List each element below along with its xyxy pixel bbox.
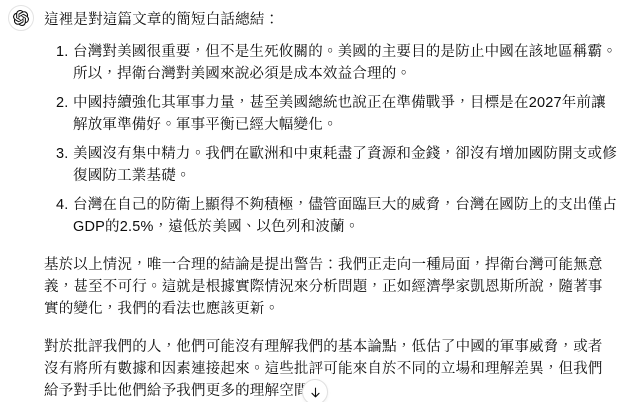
list-item: 4. 台灣在自己的防衛上顯得不夠積極，儘管面臨巨大的威脅，台灣在國防上的支出僅占… <box>56 194 617 238</box>
message-intro: 這裡是對這篇文章的簡短白話總結： <box>44 9 617 31</box>
assistant-avatar <box>8 5 34 31</box>
list-item: 3. 美國沒有集中精力。我們在歐洲和中東耗盡了資源和金錢，卻沒有增加國防開支或修… <box>56 143 617 187</box>
message-paragraph: 基於以上情況，唯一合理的結論是提出警告：我們正走向一種局面，捍衛台灣可能無意義，… <box>44 254 617 320</box>
assistant-message: 這裡是對這篇文章的簡短白話總結： 1. 台灣對美國很重要，但不是生死攸關的。美國… <box>44 9 617 402</box>
assistant-message-row: 這裡是對這篇文章的簡短白話總結： 1. 台灣對美國很重要，但不是生死攸關的。美國… <box>0 0 640 402</box>
message-paragraph: 對於批評我們的人，他們可能沒有理解我們的基本論點，低估了中國的軍事威脅，或者沒有… <box>44 336 617 402</box>
list-item-text: 美國沒有集中精力。我們在歐洲和中東耗盡了資源和金錢，卻沒有增加國防開支或修復國防… <box>73 143 617 187</box>
list-item: 1. 台灣對美國很重要，但不是生死攸關的。美國的主要目的是防止中國在該地區稱霸。… <box>56 41 617 85</box>
summary-list: 1. 台灣對美國很重要，但不是生死攸關的。美國的主要目的是防止中國在該地區稱霸。… <box>56 41 617 238</box>
scroll-to-bottom-button[interactable] <box>302 379 328 402</box>
list-item-text: 台灣對美國很重要，但不是生死攸關的。美國的主要目的是防止中國在該地區稱霸。所以，… <box>73 41 617 85</box>
list-item-text: 台灣在自己的防衛上顯得不夠積極，儘管面臨巨大的威脅，台灣在國防上的支出僅占GDP… <box>73 194 617 238</box>
list-item-number: 3. <box>56 143 73 187</box>
list-item-number: 1. <box>56 41 73 85</box>
list-item-number: 2. <box>56 92 73 136</box>
chat-message-area: 這裡是對這篇文章的簡短白話總結： 1. 台灣對美國很重要，但不是生死攸關的。美國… <box>0 0 640 402</box>
list-item-text: 中國持續強化其軍事力量，甚至美國總統也說正在準備戰爭，目標是在2027年前讓解放… <box>73 92 617 136</box>
openai-logo-icon <box>13 10 29 26</box>
list-item: 2. 中國持續強化其軍事力量，甚至美國總統也說正在準備戰爭，目標是在2027年前… <box>56 92 617 136</box>
list-item-number: 4. <box>56 194 73 238</box>
arrow-down-icon <box>309 386 322 399</box>
